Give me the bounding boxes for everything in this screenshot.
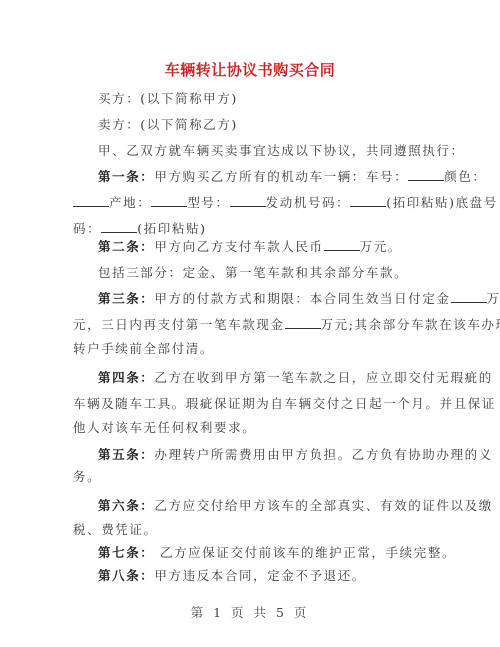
article-1-line-1: 第一条：甲方购买乙方所有的机动车一辆：车号：颜色： bbox=[98, 169, 429, 185]
intro-line: 甲、乙双方就车辆买卖事宜达成以下协议，共同遵照执行： bbox=[98, 143, 429, 159]
article-6-line-2: 税、费凭证。 bbox=[73, 522, 429, 538]
blank-field bbox=[151, 195, 187, 207]
article-3-label: 第三条： bbox=[98, 291, 154, 306]
article-7-label: 第七条： bbox=[98, 545, 154, 560]
article-2-label: 第二条： bbox=[98, 239, 154, 254]
article-4-line-2: 车辆及随车工具。瑕疵保证期为自车辆交付之日起一个月。并且保证 bbox=[73, 396, 429, 412]
seller-line: 卖方：(以下简称乙方) bbox=[98, 117, 429, 133]
article-7-line-1: 第七条： 乙方应保证交付前该车的维护正常，手续完整。 bbox=[98, 545, 429, 561]
document-title: 车辆转让协议书购买合同 bbox=[0, 59, 500, 80]
buyer-line: 买方：(以下简称甲方) bbox=[98, 91, 429, 107]
blank-field bbox=[451, 291, 487, 303]
blank-field bbox=[408, 169, 444, 181]
article-5-line-1: 第五条：办理转户所需费用由甲方负担。乙方负有协助办理的义 bbox=[98, 447, 429, 463]
article-6-line-1: 第六条：乙方应交付给甲方该车的全部真实、有效的证件以及缴 bbox=[98, 498, 429, 514]
article-5-line-2: 务。 bbox=[73, 469, 429, 485]
article-3-line-3: 转户手续前全部付清。 bbox=[73, 341, 429, 357]
article-2-line-2: 包括三部分：定金、第一笔车款和其余部分车款。 bbox=[98, 265, 429, 281]
blank-field bbox=[230, 195, 266, 207]
document-page: 车辆转让协议书购买合同 买方：(以下简称甲方) 卖方：(以下简称乙方) 甲、乙双… bbox=[0, 0, 500, 647]
blank-field bbox=[73, 195, 109, 207]
blank-field bbox=[324, 239, 360, 251]
article-6-label: 第六条： bbox=[98, 498, 154, 513]
article-4-line-3: 他人对该车无任何权利要求。 bbox=[73, 420, 429, 436]
article-8-line-1: 第八条：甲方违反本合同，定金不予退还。 bbox=[98, 568, 429, 584]
blank-field bbox=[101, 221, 137, 233]
article-3-line-1: 第三条：甲方的付款方式和期限：本合同生效当日付定金万 bbox=[98, 291, 429, 307]
article-1-line-3: 码：(拓印粘贴) bbox=[73, 221, 429, 237]
article-2-line-1: 第二条：甲方向乙方支付车款人民币万元。 bbox=[98, 239, 429, 255]
article-1-line-2: 产地：型号：发动机号码：(拓印粘贴)底盘号 bbox=[73, 195, 429, 211]
article-4-line-1: 第四条：乙方在收到甲方第一笔车款之日，应立即交付无瑕疵的 bbox=[98, 370, 429, 386]
page-footer: 第 1 页 共 5 页 bbox=[0, 603, 500, 621]
article-3-line-2: 元，三日内再支付第一笔车款现金万元;其余部分车款在该车办理 bbox=[73, 317, 429, 333]
article-1-label: 第一条： bbox=[98, 169, 154, 184]
article-8-label: 第八条： bbox=[98, 568, 154, 583]
article-5-label: 第五条： bbox=[98, 447, 154, 462]
article-4-label: 第四条： bbox=[98, 370, 154, 385]
blank-field bbox=[350, 195, 386, 207]
blank-field bbox=[285, 317, 321, 329]
